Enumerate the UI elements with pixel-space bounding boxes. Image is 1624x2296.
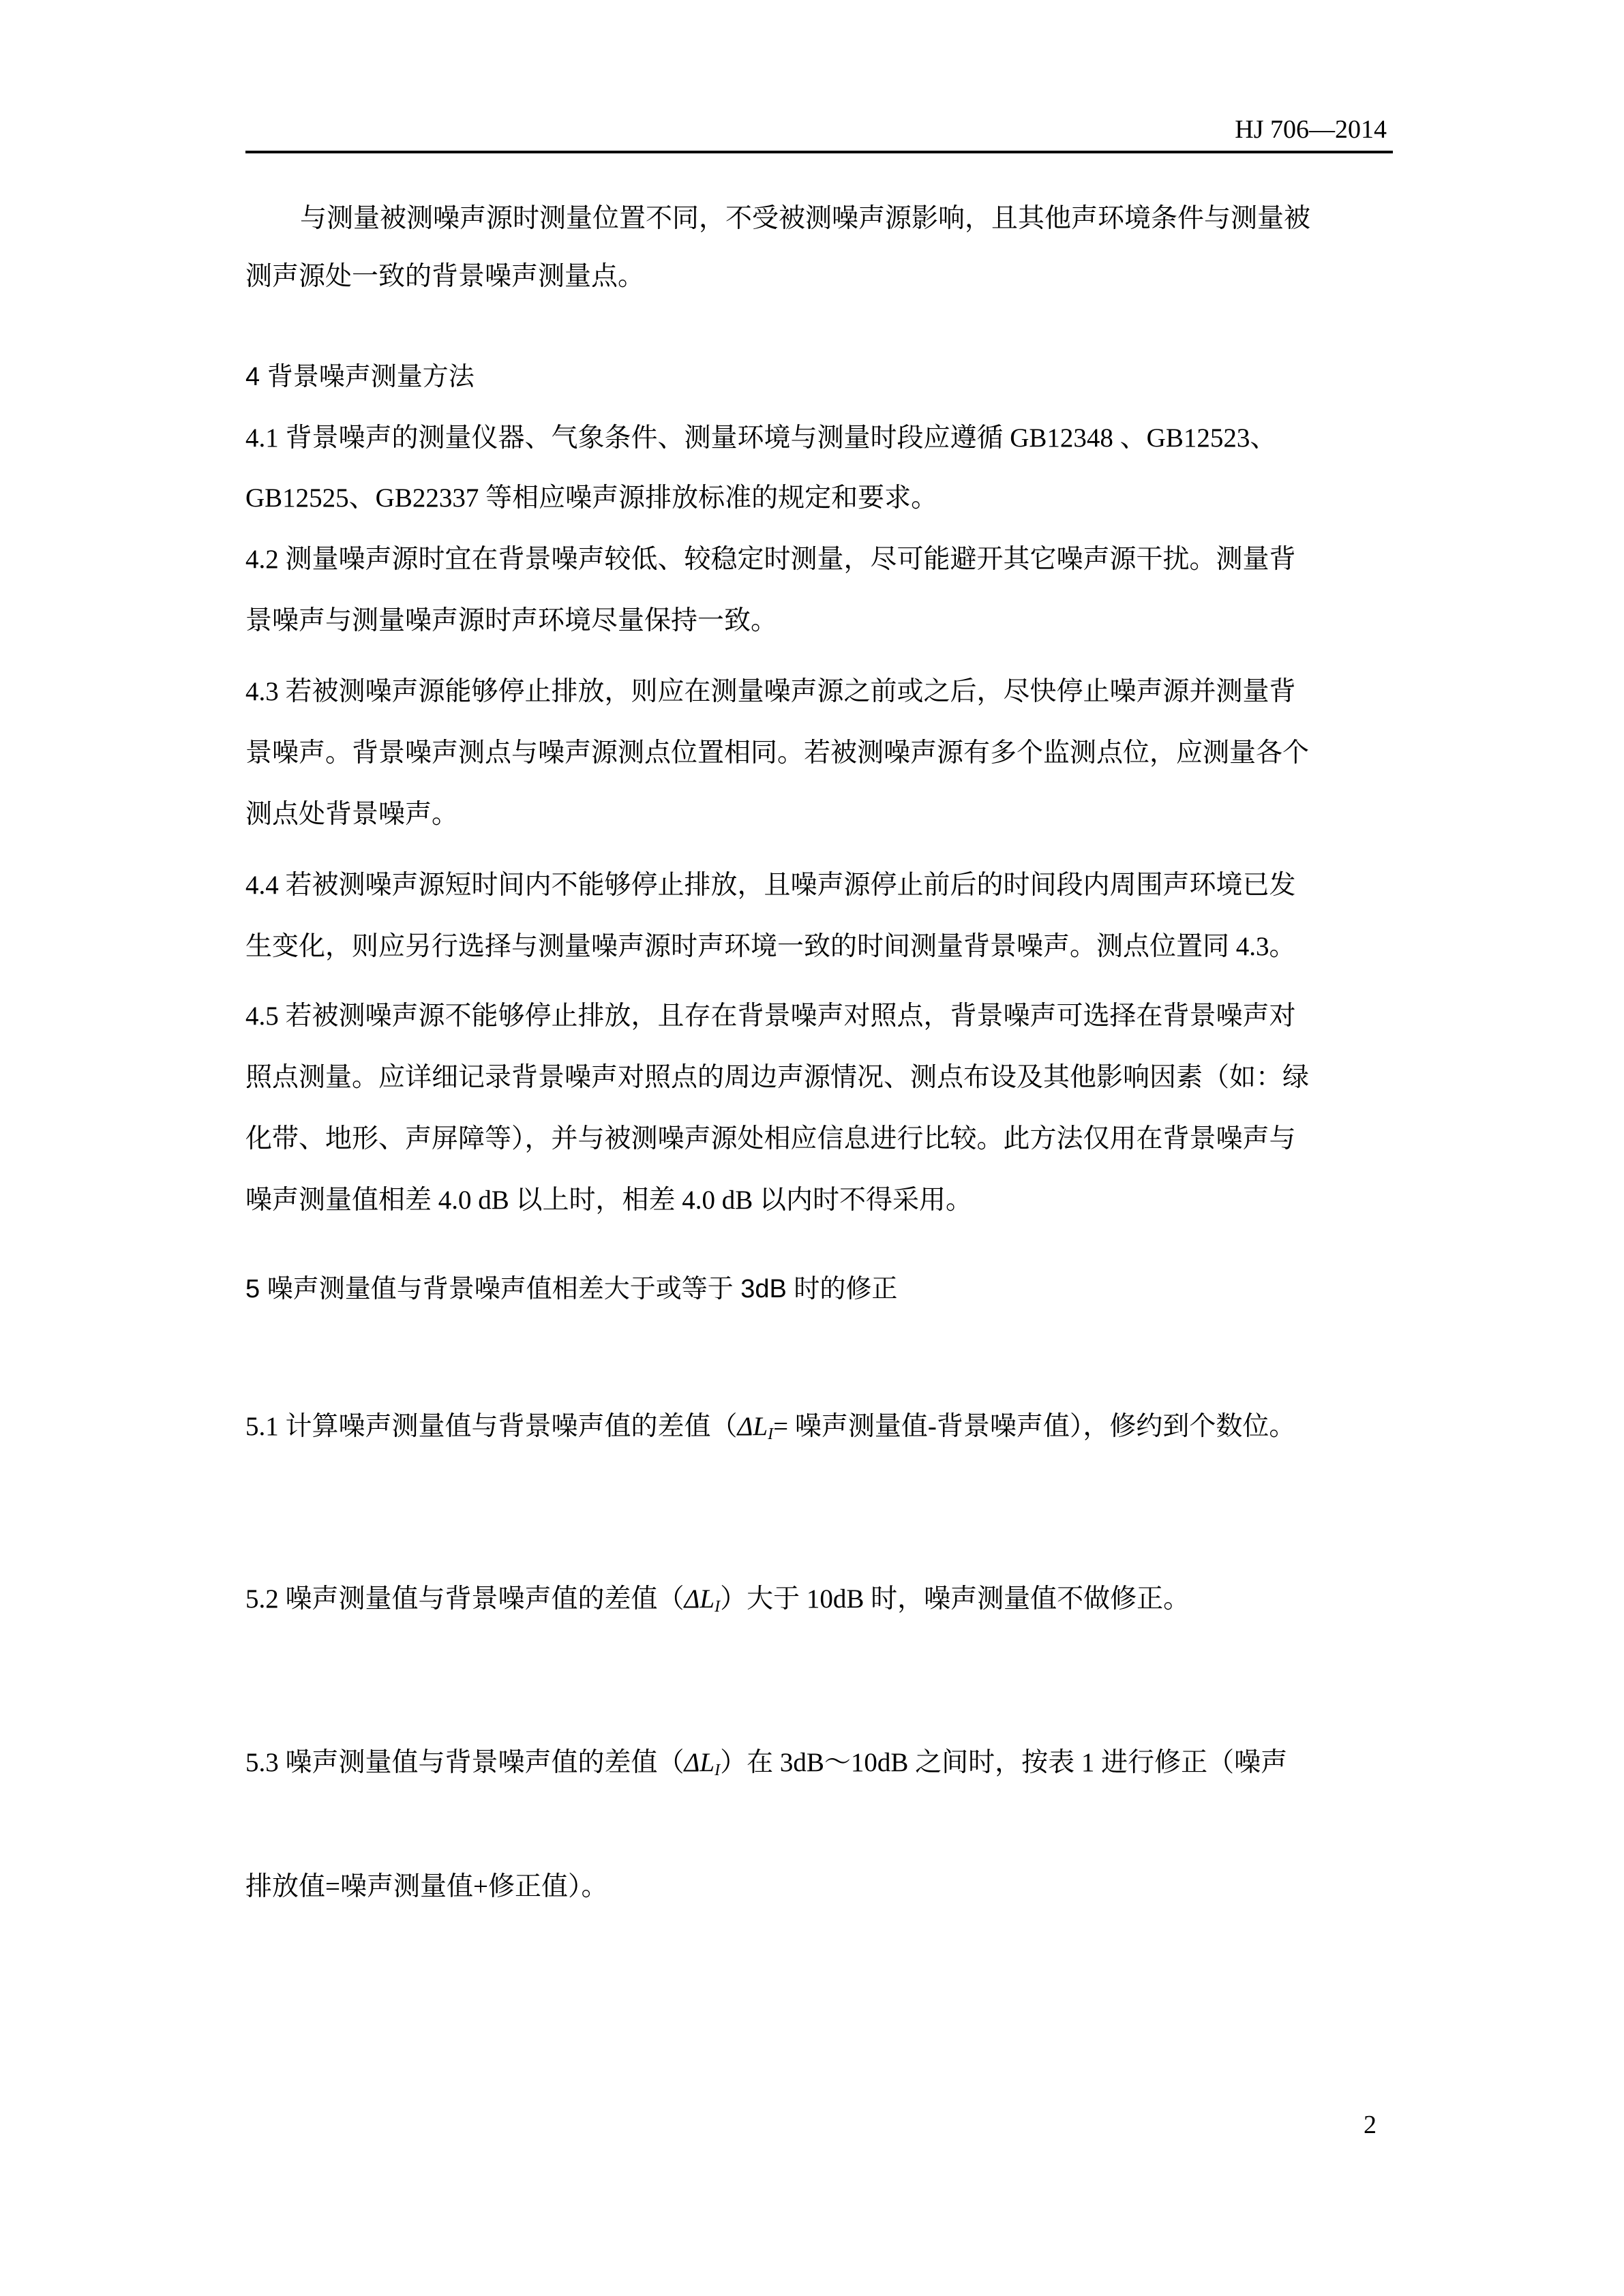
symbol-main: ΔL: [685, 1748, 715, 1777]
text-line: 4.3 若被测噪声源能够停止排放，则应在测量噪声源之前或之后，尽快停止噪声源并测…: [245, 676, 1296, 708]
delta-l-symbol: ΔLI: [685, 1584, 721, 1614]
text-line: 4.1 背景噪声的测量仪器、气象条件、测量环境与测量时段应遵循 GB12348 …: [245, 423, 1276, 454]
page-number: 2: [1364, 2110, 1377, 2140]
clause-text: ）在 3dB～10dB 之间时，按表 1 进行修正（噪声: [720, 1748, 1287, 1777]
text-line: 与测量被测噪声源时测量位置不同，不受被测噪声源影响，且其他声环境条件与测量被: [300, 203, 1310, 235]
text-line: 4.2 测量噪声源时宜在背景噪声较低、较稳定时测量，尽可能避开其它噪声源干扰。测…: [245, 544, 1296, 575]
text-line: 景噪声与测量噪声源时声环境尽量保持一致。: [245, 605, 777, 637]
clause-text: = 噪声测量值-背景噪声值），修约到个数位。: [773, 1412, 1295, 1441]
text-line: 测声源处一致的背景噪声测量点。: [245, 261, 644, 292]
section-5-heading: 5 噪声测量值与背景噪声值相差大于或等于 3dB 时的修正: [245, 1273, 897, 1305]
text-line: 排放值=噪声测量值+修正值）。: [245, 1871, 608, 1903]
symbol-subscript: I: [715, 1762, 720, 1779]
clause-text: 5.3 噪声测量值与背景噪声值的差值（: [245, 1748, 685, 1777]
text-line: 化带、地形、声屏障等），并与被测噪声源处相应信息进行比较。此方法仅用在背景噪声与: [245, 1123, 1296, 1155]
text-line: 景噪声。背景噪声测点与噪声源测点位置相同。若被测噪声源有多个监测点位，应测量各个: [245, 738, 1309, 769]
clause-text: 5.1 计算噪声测量值与背景噪声值的差值（: [245, 1412, 738, 1441]
text-line: 4.5 若被测噪声源不能够停止排放，且存在背景噪声对照点，背景噪声可选择在背景噪…: [245, 1001, 1296, 1032]
text-line: 噪声测量值相差 4.0 dB 以上时，相差 4.0 dB 以内时不得采用。: [245, 1185, 972, 1216]
symbol-subscript: I: [715, 1598, 720, 1616]
text-line: 照点测量。应详细记录背景噪声对照点的周边声源情况、测点布设及其他影响因素（如：绿: [245, 1062, 1309, 1093]
text-line: GB12525、GB22337 等相应噪声源排放标准的规定和要求。: [245, 483, 937, 514]
section-4-heading: 4 背景噪声测量方法: [245, 361, 475, 393]
text-line: 4.4 若被测噪声源短时间内不能够停止排放，且噪声源停止前后的时间段内周围声环境…: [245, 870, 1296, 901]
header-rule: [245, 151, 1393, 153]
text-line: 测点处背景噪声。: [245, 799, 458, 830]
delta-l-symbol: ΔLI: [738, 1412, 774, 1441]
clause-5-1: 5.1 计算噪声测量值与背景噪声值的差值（ΔLI= 噪声测量值-背景噪声值），修…: [245, 1411, 1295, 1450]
clause-text: 5.2 噪声测量值与背景噪声值的差值（: [245, 1584, 685, 1614]
symbol-main: ΔL: [685, 1584, 715, 1614]
symbol-main: ΔL: [738, 1412, 768, 1441]
text-line: 5.3 噪声测量值与背景噪声值的差值（ΔLI）在 3dB～10dB 之间时，按表…: [245, 1747, 1287, 1786]
clause-5-2: 5.2 噪声测量值与背景噪声值的差值（ΔLI）大于 10dB 时，噪声测量值不做…: [245, 1584, 1190, 1622]
delta-l-symbol: ΔLI: [685, 1748, 721, 1777]
text-line: 生变化，则应另行选择与测量噪声源时声环境一致的时间测量背景噪声。测点位置同 4.…: [245, 931, 1296, 963]
symbol-subscript: I: [768, 1425, 773, 1443]
clause-text: ）大于 10dB 时，噪声测量值不做修正。: [720, 1584, 1190, 1614]
document-code: HJ 706—2014: [1235, 115, 1387, 145]
